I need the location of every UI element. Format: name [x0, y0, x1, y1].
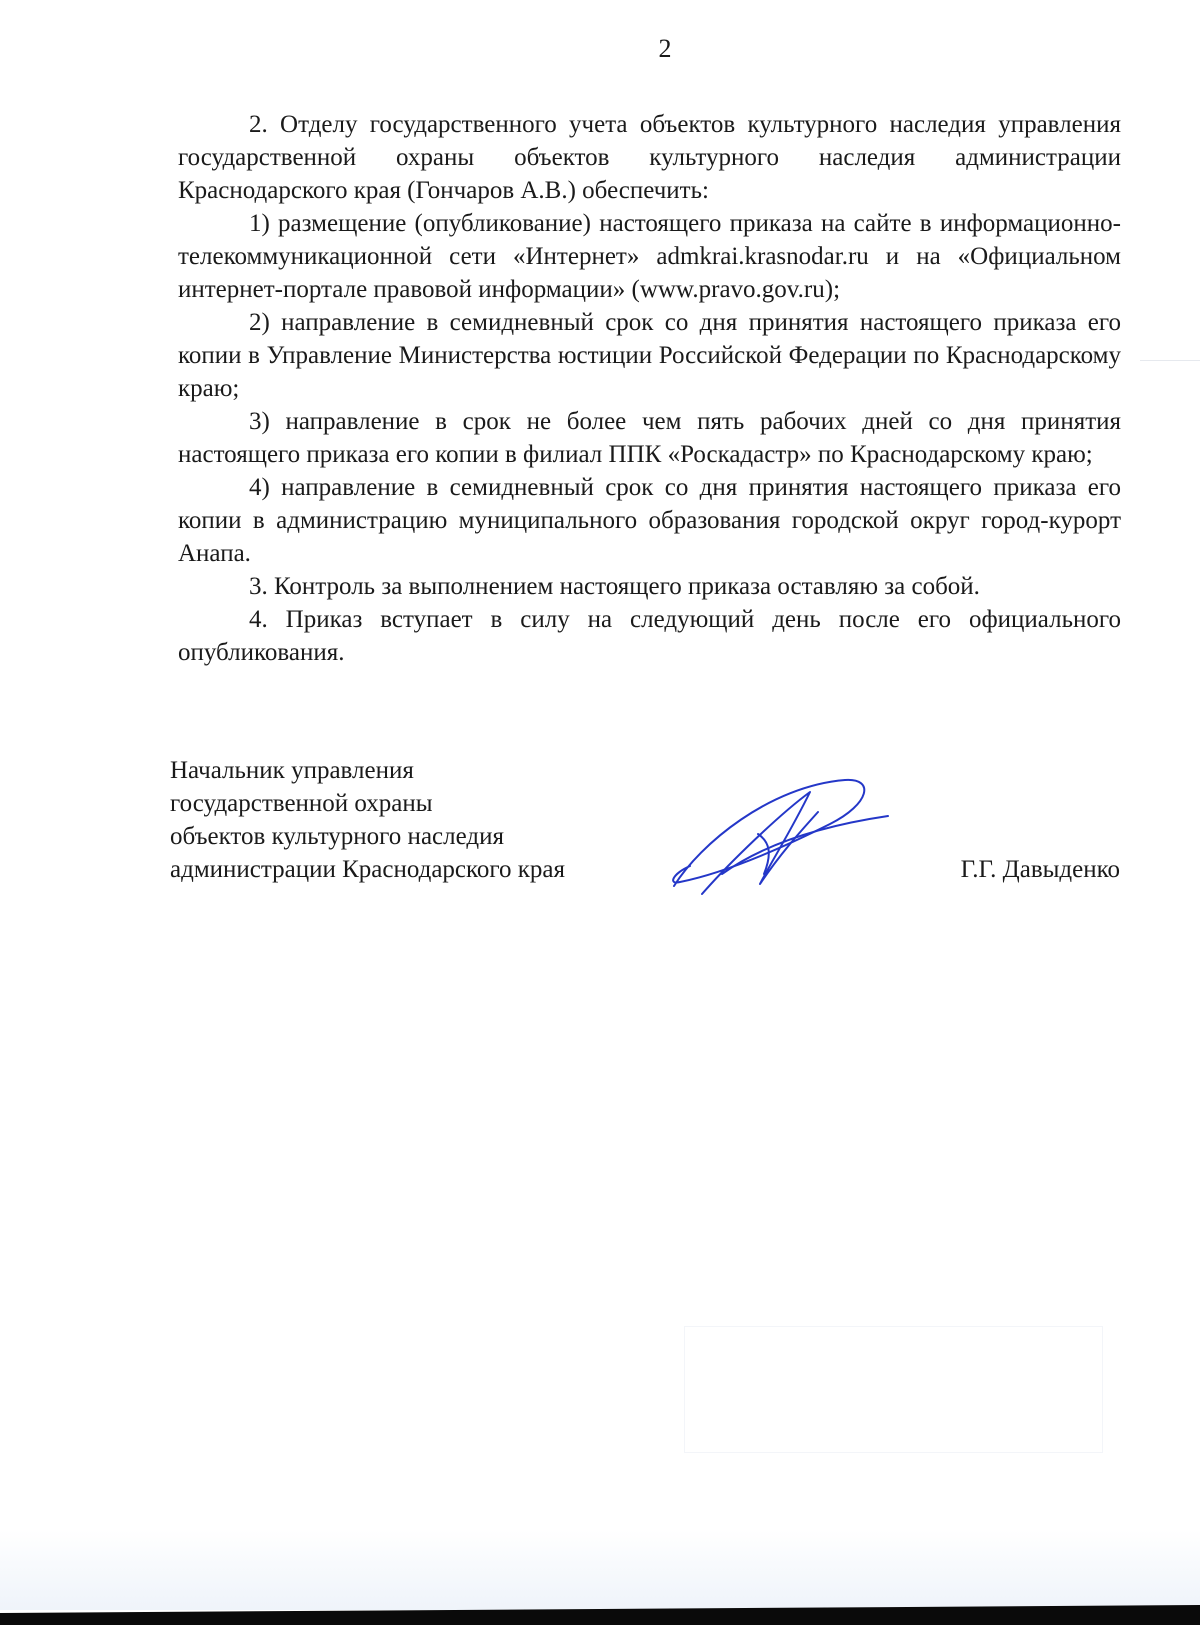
scan-shadow	[0, 1530, 1200, 1610]
signature-block: Начальник управления государственной охр…	[170, 754, 1120, 904]
signatory-title-line: администрации Краснодарского края	[170, 853, 565, 886]
signatory-title-line: государственной охраны	[170, 787, 565, 820]
paragraph-subitem-2: 2) направление в семидневный срок со дня…	[178, 306, 1121, 405]
paragraph-subitem-4: 4) направление в семидневный срок со дня…	[178, 471, 1121, 570]
paragraph-item-4: 4. Приказ вступает в силу на следующий д…	[178, 603, 1121, 669]
paragraph-item-2: 2. Отделу государственного учета объекто…	[178, 108, 1121, 207]
signatory-title-line: Начальник управления	[170, 754, 565, 787]
faded-stamp	[684, 1326, 1103, 1453]
document-body: 2. Отделу государственного учета объекто…	[178, 108, 1121, 669]
signatory-title-line: объектов культурного наследия	[170, 820, 565, 853]
scan-artifact-line	[1140, 360, 1200, 361]
paragraph-subitem-1: 1) размещение (опубликование) настоящего…	[178, 207, 1121, 306]
paragraph-item-3: 3. Контроль за выполнением настоящего пр…	[178, 570, 1121, 603]
signatory-name: Г.Г. Давыденко	[961, 853, 1120, 886]
signatory-title: Начальник управления государственной охр…	[170, 754, 565, 886]
page-number: 2	[0, 34, 1200, 64]
paragraph-subitem-3: 3) направление в срок не более чем пять …	[178, 405, 1121, 471]
handwritten-signature-icon	[660, 774, 890, 904]
